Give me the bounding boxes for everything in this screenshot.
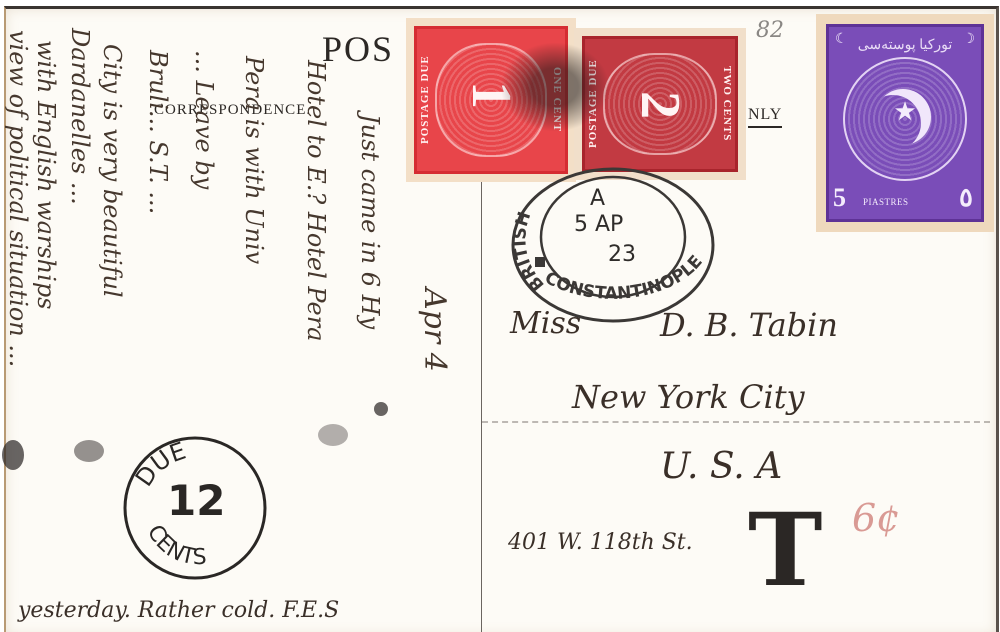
message-line: ... Leave by (190, 50, 218, 189)
message-date: Apr 4 (417, 288, 452, 372)
correspondence-label: CORRESPONDENCE. (154, 102, 311, 119)
address-only-label: NLY (748, 106, 782, 128)
star-icon: ★ (845, 97, 965, 127)
pencil-note: 82 (756, 18, 784, 43)
stamp-value-arabic: ٥ (959, 183, 973, 213)
address-prefix: Miss (510, 306, 581, 341)
message-closing: yesterday. Rather cold. F.E.S (18, 598, 339, 623)
message-line: Bruli... S.T. ... (144, 50, 172, 214)
tax-mark-t: T (748, 500, 822, 600)
address-street: 401 W. 118th St. (508, 530, 693, 555)
postcard-heading: POS (322, 28, 394, 70)
stamp-medallion: ★ (843, 57, 967, 181)
ink-blot (74, 440, 104, 462)
ink-blot (318, 424, 348, 446)
stamp-face: ☾ ☽ تورکیا پوسته‌سی ★ 5 PIASTRES ٥ (826, 24, 984, 222)
red-pencil-note: 6¢ (852, 496, 900, 540)
stamp-turkey-5-piastres: ☾ ☽ تورکیا پوسته‌سی ★ 5 PIASTRES ٥ (816, 14, 994, 232)
center-divider-line (481, 180, 482, 632)
stamp-label-right: TWO CENTS (715, 39, 733, 169)
message-line: with English warships (32, 40, 60, 310)
stamp-label-left: POSTAGE DUE (419, 29, 437, 171)
stamp-value-latin: 5 (833, 183, 846, 213)
address-name: D. B. Tabin (660, 306, 838, 344)
message-line: view of political situation ... (4, 30, 32, 367)
postmark-date: 5 AP (574, 212, 623, 237)
ink-blot (374, 402, 388, 416)
address-city: New York City (572, 378, 805, 416)
message-line: City is very beautiful (98, 44, 126, 298)
address-country: U. S. A (660, 446, 782, 487)
dashed-guideline (482, 421, 990, 423)
stamp-arabic-header: تورکیا پوسته‌سی (829, 37, 981, 54)
ink-blot (2, 440, 24, 470)
message-line: Hotel to E.? Hotel Pera (302, 60, 330, 341)
stamp-value: 2 (628, 36, 692, 172)
message-line: Just came in 6 Hy (356, 114, 384, 329)
postmark-line1: A (590, 186, 605, 211)
postmark-year: 23 (608, 242, 636, 267)
due-amount: 12 (167, 476, 225, 525)
message-line: Dardanelles ... (66, 28, 94, 205)
ink-cancel-smudge (500, 42, 610, 132)
message-line: Pera is with Univ (240, 56, 268, 264)
stamp-unit: PIASTRES (863, 197, 909, 207)
